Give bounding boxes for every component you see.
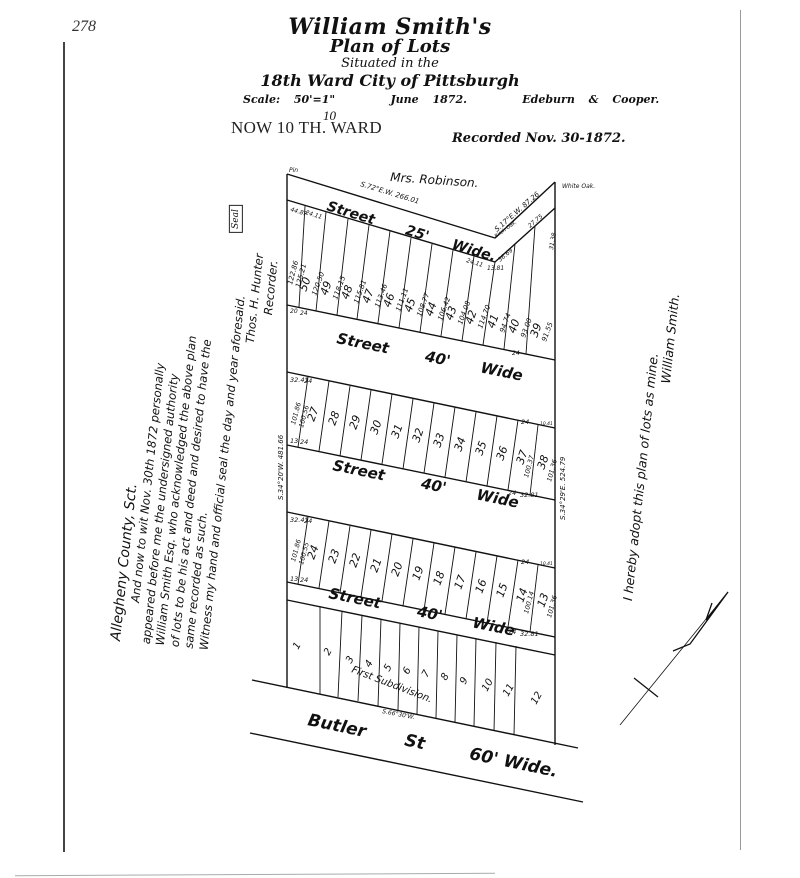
map-label: 40' [423, 347, 453, 370]
map-label: 60' Wide. [468, 744, 560, 782]
map-label: 24 [521, 558, 529, 566]
map-label: 21 [368, 556, 385, 574]
street-40b-label: Street 40' Wide [331, 456, 520, 511]
map-label: 35 [473, 439, 490, 457]
map-label: 15 [494, 581, 511, 599]
map-label: 25' [403, 223, 430, 245]
map-label: 36.69 [497, 247, 515, 264]
map-label: 12 [529, 690, 545, 707]
map-label: 28 [326, 409, 343, 427]
map-label: 40' [415, 602, 445, 625]
map-label: 31 [389, 422, 406, 440]
map-label: 16 [473, 577, 490, 595]
map-label: 1 [291, 640, 304, 651]
map-label: 32 [410, 426, 427, 444]
map-label: 20 [290, 308, 298, 315]
map-label: 29 [347, 413, 364, 431]
map-label: Street [327, 584, 383, 612]
map-label: 22 [347, 551, 364, 569]
map-label: 32.81 [520, 491, 539, 499]
map-label: 3 [344, 654, 357, 665]
street-25-label: Street 25' Wide. [325, 199, 498, 266]
map-label: 13 [290, 575, 298, 583]
map-line [455, 635, 457, 722]
boundary-right: S.34°29'E. 524.79 [559, 456, 567, 520]
map-label: 24 [304, 517, 312, 525]
street-40a-label: Street 40' Wide [335, 329, 524, 384]
map-line [462, 256, 474, 341]
map-line [474, 638, 476, 726]
map-line [338, 611, 342, 697]
map-line [398, 623, 400, 710]
map-label: 10 [480, 677, 496, 694]
plat-drawing: Street 25' Wide. Street 40' Wide Street … [0, 0, 800, 878]
map-label: 24 [508, 628, 516, 636]
map-label: 24.11 [304, 209, 322, 221]
map-label: 24 [508, 489, 516, 497]
map-label: Street [331, 456, 387, 484]
map-line [378, 619, 381, 706]
map-label: 24 [300, 576, 308, 584]
map-label: 24 [512, 350, 520, 357]
map-label: 13.81 [487, 265, 504, 272]
map-label: 36 [494, 444, 511, 462]
map-label: 27.75 [527, 213, 545, 230]
map-label: 91.55 [540, 321, 555, 343]
plat-map-sheet: 278 William Smith's Plan of Lots Situate… [0, 0, 800, 878]
map-label: 10.41 [540, 561, 553, 567]
white-oak-label: White Oak. [562, 183, 595, 190]
map-label: 2 [322, 646, 335, 657]
boundary-left: S.34°20'W. 481.66 [277, 434, 285, 500]
map-label: 19 [410, 564, 427, 582]
map-label: 5 [382, 662, 395, 673]
map-line [441, 250, 453, 336]
map-label: St [403, 731, 428, 755]
map-label: 31.38 [548, 232, 558, 250]
map-label: 30 [368, 418, 385, 436]
map-label: 24 [300, 310, 308, 317]
map-label: 9 [458, 675, 471, 686]
map-line [634, 678, 658, 697]
map-label: 6 [401, 665, 414, 676]
street-40c-label: Street 40' Wide [327, 584, 516, 639]
map-line [483, 262, 495, 345]
map-label: 10.41 [540, 421, 553, 427]
map-label: 13 [290, 437, 298, 445]
map-label: Wide [479, 359, 524, 385]
seal-box: Seal [229, 205, 243, 233]
pin-label: Pin [289, 167, 298, 174]
north-arrow-icon [620, 592, 728, 725]
map-line [494, 642, 496, 731]
map-label: 32.81 [520, 630, 539, 638]
map-label: 7 [420, 668, 433, 680]
map-label: Butler [306, 710, 369, 742]
map-label: 17 [452, 573, 469, 591]
map-label: 23 [326, 547, 343, 565]
map-label: Street [335, 329, 391, 357]
map-label: 24 [300, 438, 308, 446]
map-line [358, 615, 362, 701]
map-label: 33 [431, 431, 448, 449]
map-label: 24 [304, 377, 312, 385]
map-label: Street [325, 199, 378, 229]
map-label: 18 [431, 569, 448, 587]
map-label: 34 [452, 435, 469, 453]
map-line [399, 238, 411, 328]
map-label: 24 [521, 418, 529, 426]
map-label: 40' [419, 474, 449, 497]
map-label: 8 [439, 671, 452, 682]
map-line [436, 631, 438, 718]
neighbor-label: Mrs. Robinson. [390, 170, 479, 190]
map-line [673, 592, 728, 651]
map-label: 20 [389, 560, 406, 578]
map-line [420, 244, 432, 332]
